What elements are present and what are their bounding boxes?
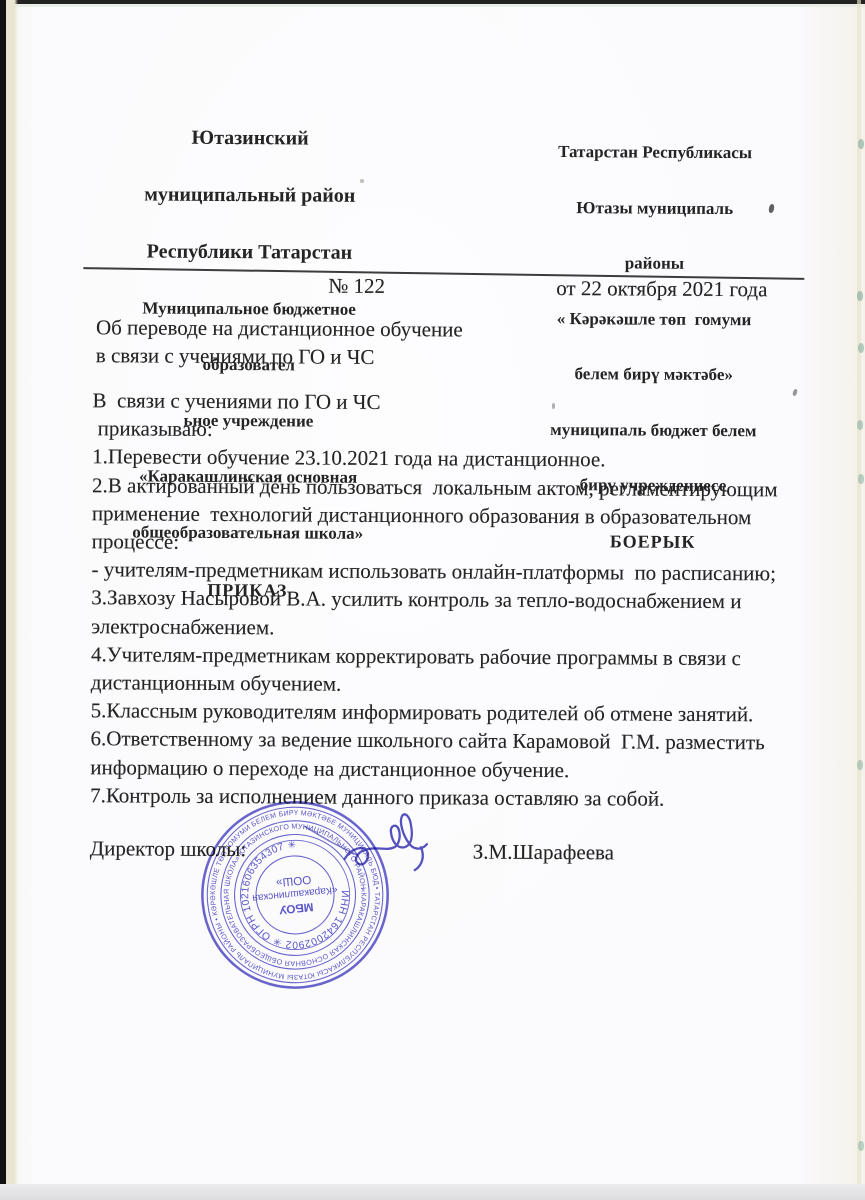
letterhead-ru-line: Республики Татарстан [93, 241, 405, 264]
body-line: - учителям-предметникам использовать онл… [91, 555, 803, 588]
order-subject: Об переводе на дистанционное обучение в … [96, 313, 656, 373]
body-line: 6.Ответственному за ведение школьного са… [90, 725, 802, 758]
body-line: 3.Завхозу Насыровой В.А. усилить контрол… [91, 584, 803, 617]
letterhead-ru-line: Ютазинский [94, 127, 406, 150]
body-line: применение технологий дистанционного обр… [92, 499, 804, 532]
body-line: 4.Учителям-предметникам корректировать р… [91, 640, 803, 673]
svg-text:МБОУ: МБОУ [278, 900, 314, 916]
body-line: процессе: [92, 527, 804, 560]
signature-name: З.М.Шарафеева [473, 838, 614, 867]
body-line: информацию о переходе на дистанционное о… [90, 753, 802, 786]
body-line: дистанционным обучением. [91, 668, 803, 701]
letterhead-tt-line: Ютазы муниципаль [504, 197, 806, 218]
letterhead-ru-line: муниципальный район [94, 184, 406, 207]
order-body: В связи с учениями по ГО и ЧС приказываю… [90, 386, 805, 813]
handwritten-signature [275, 796, 476, 887]
letterhead-tt-line: районы [503, 253, 805, 274]
subject-line: в связи с учениями по ГО и ЧС [96, 341, 656, 373]
document-content: Ютазинский муниципальный район Республик… [0, 0, 865, 1200]
order-date: от 22 октября 2021 года [556, 274, 767, 303]
body-line: 5.Классным руководителям информировать р… [91, 696, 803, 729]
order-number: № 122 [328, 272, 385, 301]
body-line: 1.Перевести обучение 23.10.2021 года на … [92, 443, 804, 476]
body-line: приказываю: [92, 414, 804, 447]
body-line: электроснабжением. [91, 612, 803, 645]
letterhead-tt-line: Татарстан Республикасы [504, 142, 806, 163]
scan-speck [858, 1141, 864, 1151]
scanned-order-document: Ютазинский муниципальный район Республик… [0, 0, 865, 1200]
subject-line: Об переводе на дистанционное обучение [96, 313, 656, 345]
body-line: 2.В актированный день пользоваться локал… [92, 471, 804, 504]
body-line: В связи с учениями по ГО и ЧС [92, 386, 804, 419]
